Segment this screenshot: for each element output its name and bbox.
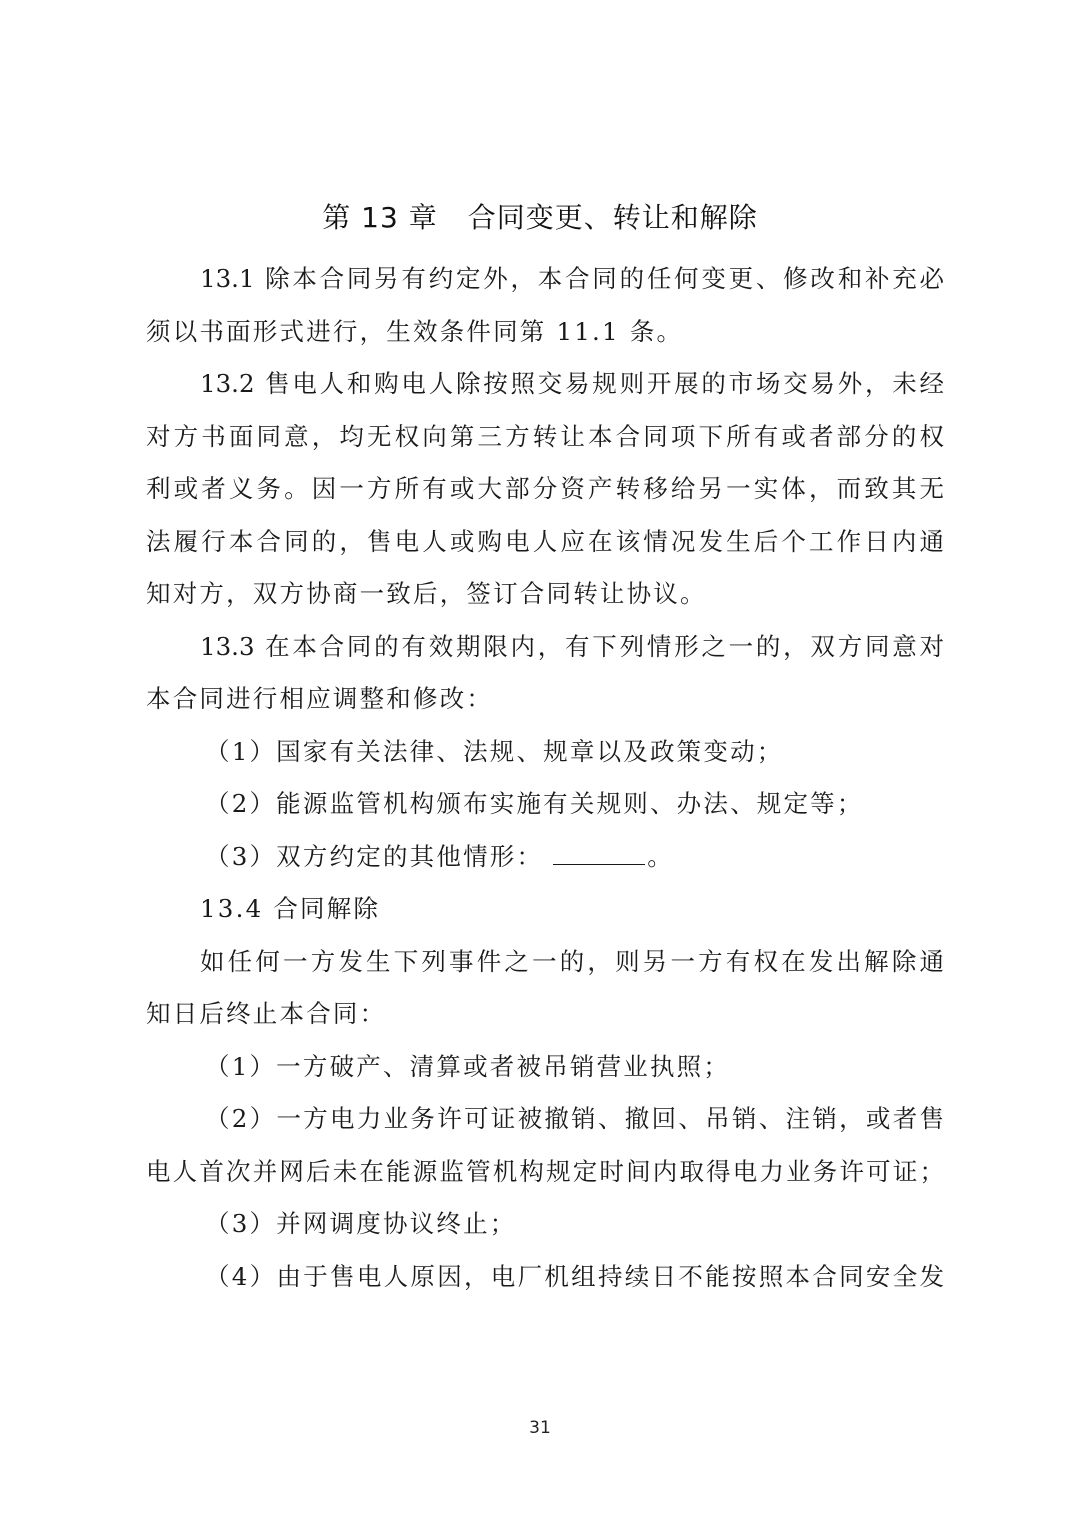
clause-13-3-item-1: （1）国家有关法律、法规、规章以及政策变动；: [205, 732, 944, 772]
clause-13-4-line-1: 如任何一方发生下列事件之一的，则另一方有权在发出解除通: [200, 942, 944, 982]
clause-13-3-item-3-text: （3）双方约定的其他情形：: [205, 842, 543, 871]
page-number: 31: [0, 1418, 1080, 1438]
chapter-heading: 第 13 章合同变更、转让和解除: [0, 196, 1080, 240]
document-page: 第 13 章合同变更、转让和解除 13.1 除本合同另有约定外，本合同的任何变更…: [0, 0, 1080, 1527]
clause-13-4-line-2: 知日后终止本合同：: [146, 994, 944, 1034]
fill-in-blank: [553, 840, 645, 865]
clause-13-1-line-2: 须以书面形式进行，生效条件同第 11.1 条。: [146, 312, 944, 352]
clause-13-4-item-3: （3）并网调度协议终止；: [205, 1204, 944, 1244]
clause-13-4-item-2-line-2: 电人首次并网后未在能源监管机构规定时间内取得电力业务许可证；: [146, 1152, 944, 1192]
clause-13-1-line-1: 13.1 除本合同另有约定外，本合同的任何变更、修改和补充必: [200, 259, 944, 299]
clause-13-4-heading: 13.4 合同解除: [200, 889, 944, 929]
clause-13-3-line-2: 本合同进行相应调整和修改：: [146, 679, 944, 719]
clause-13-3-item-2: （2）能源监管机构颁布实施有关规则、办法、规定等；: [205, 784, 944, 824]
clause-13-2-line-3: 利或者义务。因一方所有或大部分资产转移给另一实体，而致其无: [146, 469, 944, 509]
clause-13-4-item-4-line-1: （4）由于售电人原因，电厂机组持续日不能按照本合同安全发: [205, 1257, 944, 1297]
clause-13-2-line-1: 13.2 售电人和购电人除按照交易规则开展的市场交易外，未经: [200, 364, 944, 404]
clause-13-4-item-1: （1）一方破产、清算或者被吊销营业执照；: [205, 1047, 944, 1087]
chapter-number: 第 13 章: [322, 201, 437, 234]
clause-13-2-line-2: 对方书面同意，均无权向第三方转让本合同项下所有或者部分的权: [146, 417, 944, 457]
clause-13-3-item-3: （3）双方约定的其他情形：。: [205, 837, 944, 877]
clause-13-4-item-2-line-1: （2）一方电力业务许可证被撤销、撤回、吊销、注销，或者售: [205, 1099, 944, 1139]
blank-suffix: 。: [647, 842, 674, 871]
clause-13-3-line-1: 13.3 在本合同的有效期限内，有下列情形之一的，双方同意对: [200, 627, 944, 667]
chapter-title-text: 合同变更、转让和解除: [468, 201, 758, 234]
clause-13-2-line-5: 知对方，双方协商一致后，签订合同转让协议。: [146, 574, 944, 614]
clause-13-2-line-4: 法履行本合同的，售电人或购电人应在该情况发生后个工作日内通: [146, 522, 944, 562]
